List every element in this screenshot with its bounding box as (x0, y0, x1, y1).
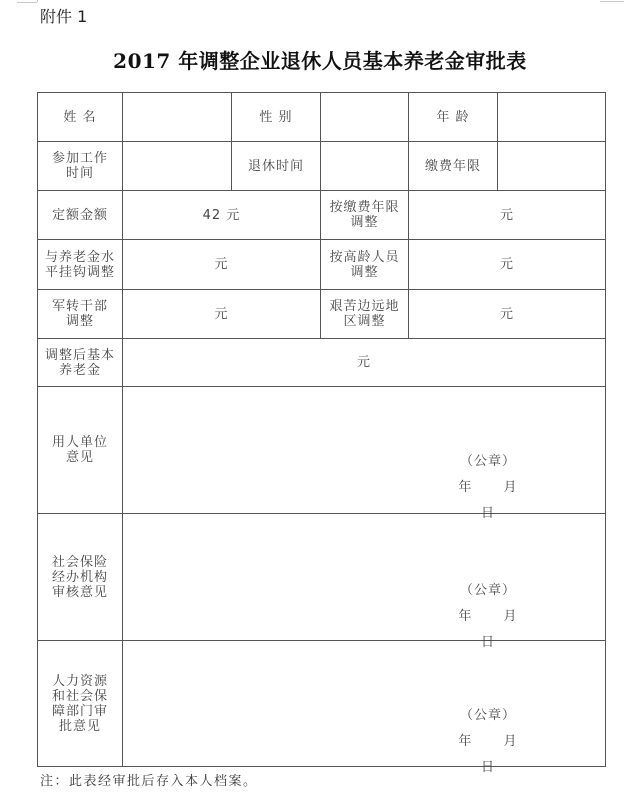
seal-label: （公章） (423, 578, 553, 604)
page-corner-mark-left (17, 0, 37, 3)
adjusted-pension-label: 调整后基本养老金 (38, 339, 123, 387)
retire-time-field[interactable] (321, 142, 409, 191)
work-start-label: 参加工作时间 (38, 142, 123, 191)
pension-linked-label: 与养老金水平挂钩调整 (38, 240, 123, 290)
seal-label: （公章） (423, 703, 553, 729)
form-row-adjusted-pension: 调整后基本养老金 元 (38, 339, 606, 387)
form-row-pension-linked: 与养老金水平挂钩调整 元 按高龄人员调整 元 (38, 240, 606, 290)
remote-area-field[interactable]: 元 (409, 290, 606, 339)
work-start-field[interactable] (123, 142, 232, 191)
month-label: 月 (491, 729, 531, 755)
attachment-label: 附件 1 (40, 4, 87, 27)
elderly-adjust-label: 按高龄人员调整 (321, 240, 409, 290)
year-label: 年 (445, 475, 485, 501)
year-label: 年 (445, 729, 485, 755)
opinion-row-hr-department: 人力资源和社会保障部门审批意见 （公章） 年 月 日 (38, 641, 606, 767)
seal-date-block: （公章） 年 月 日 (423, 703, 553, 781)
employer-opinion-field[interactable]: （公章） 年 月 日 (123, 387, 606, 514)
seal-label: （公章） (423, 449, 553, 475)
opinion-row-employer: 用人单位意见 （公章） 年 月 日 (38, 387, 606, 514)
hr-department-opinion-field[interactable]: （公章） 年 月 日 (123, 641, 606, 767)
name-label: 姓 名 (38, 93, 123, 142)
month-label: 月 (491, 475, 531, 501)
by-contribution-field[interactable]: 元 (409, 191, 606, 240)
age-field[interactable] (498, 93, 606, 142)
opinion-row-social-insurance: 社会保险经办机构审核意见 （公章） 年 月 日 (38, 514, 606, 641)
month-label: 月 (491, 604, 531, 630)
year-label: 年 (445, 604, 485, 630)
fixed-amount-label: 定额金额 (38, 191, 123, 240)
by-contribution-label: 按缴费年限调整 (321, 191, 409, 240)
form-row-military: 军转干部调整 元 艰苦边远地区调整 元 (38, 290, 606, 339)
page-title: 2017 年调整企业退休人员基本养老金审批表 (0, 45, 640, 74)
military-adjust-field[interactable]: 元 (123, 290, 321, 339)
gender-field[interactable] (321, 93, 409, 142)
contribution-years-label: 缴费年限 (409, 142, 498, 191)
form-row-dates: 参加工作时间 退休时间 缴费年限 (38, 142, 606, 191)
elderly-adjust-field[interactable]: 元 (409, 240, 606, 290)
retire-time-label: 退休时间 (232, 142, 321, 191)
gender-label: 性 别 (232, 93, 321, 142)
form-row-basic-info: 姓 名 性 别 年 龄 (38, 93, 606, 142)
age-label: 年 龄 (409, 93, 498, 142)
social-insurance-opinion-label: 社会保险经办机构审核意见 (38, 514, 123, 641)
name-field[interactable] (123, 93, 232, 142)
pension-linked-field[interactable]: 元 (123, 240, 321, 290)
adjusted-pension-field[interactable]: 元 (123, 339, 606, 387)
date-line: 年 月 日 (423, 729, 553, 781)
employer-opinion-label: 用人单位意见 (38, 387, 123, 514)
footnote: 注：此表经审批后存入本人档案。 (40, 770, 258, 789)
approval-form-table: 姓 名 性 别 年 龄 参加工作时间 退休时间 缴费年限 定额金额 42 元 按… (37, 92, 606, 767)
day-label: 日 (468, 755, 508, 781)
military-adjust-label: 军转干部调整 (38, 290, 123, 339)
form-row-fixed-amount: 定额金额 42 元 按缴费年限调整 元 (38, 191, 606, 240)
fixed-amount-field[interactable]: 42 元 (123, 191, 321, 240)
page-corner-mark-right (600, 1, 624, 3)
hr-department-opinion-label: 人力资源和社会保障部门审批意见 (38, 641, 123, 767)
social-insurance-opinion-field[interactable]: （公章） 年 月 日 (123, 514, 606, 641)
contribution-years-field[interactable] (498, 142, 606, 191)
remote-area-label: 艰苦边远地区调整 (321, 290, 409, 339)
